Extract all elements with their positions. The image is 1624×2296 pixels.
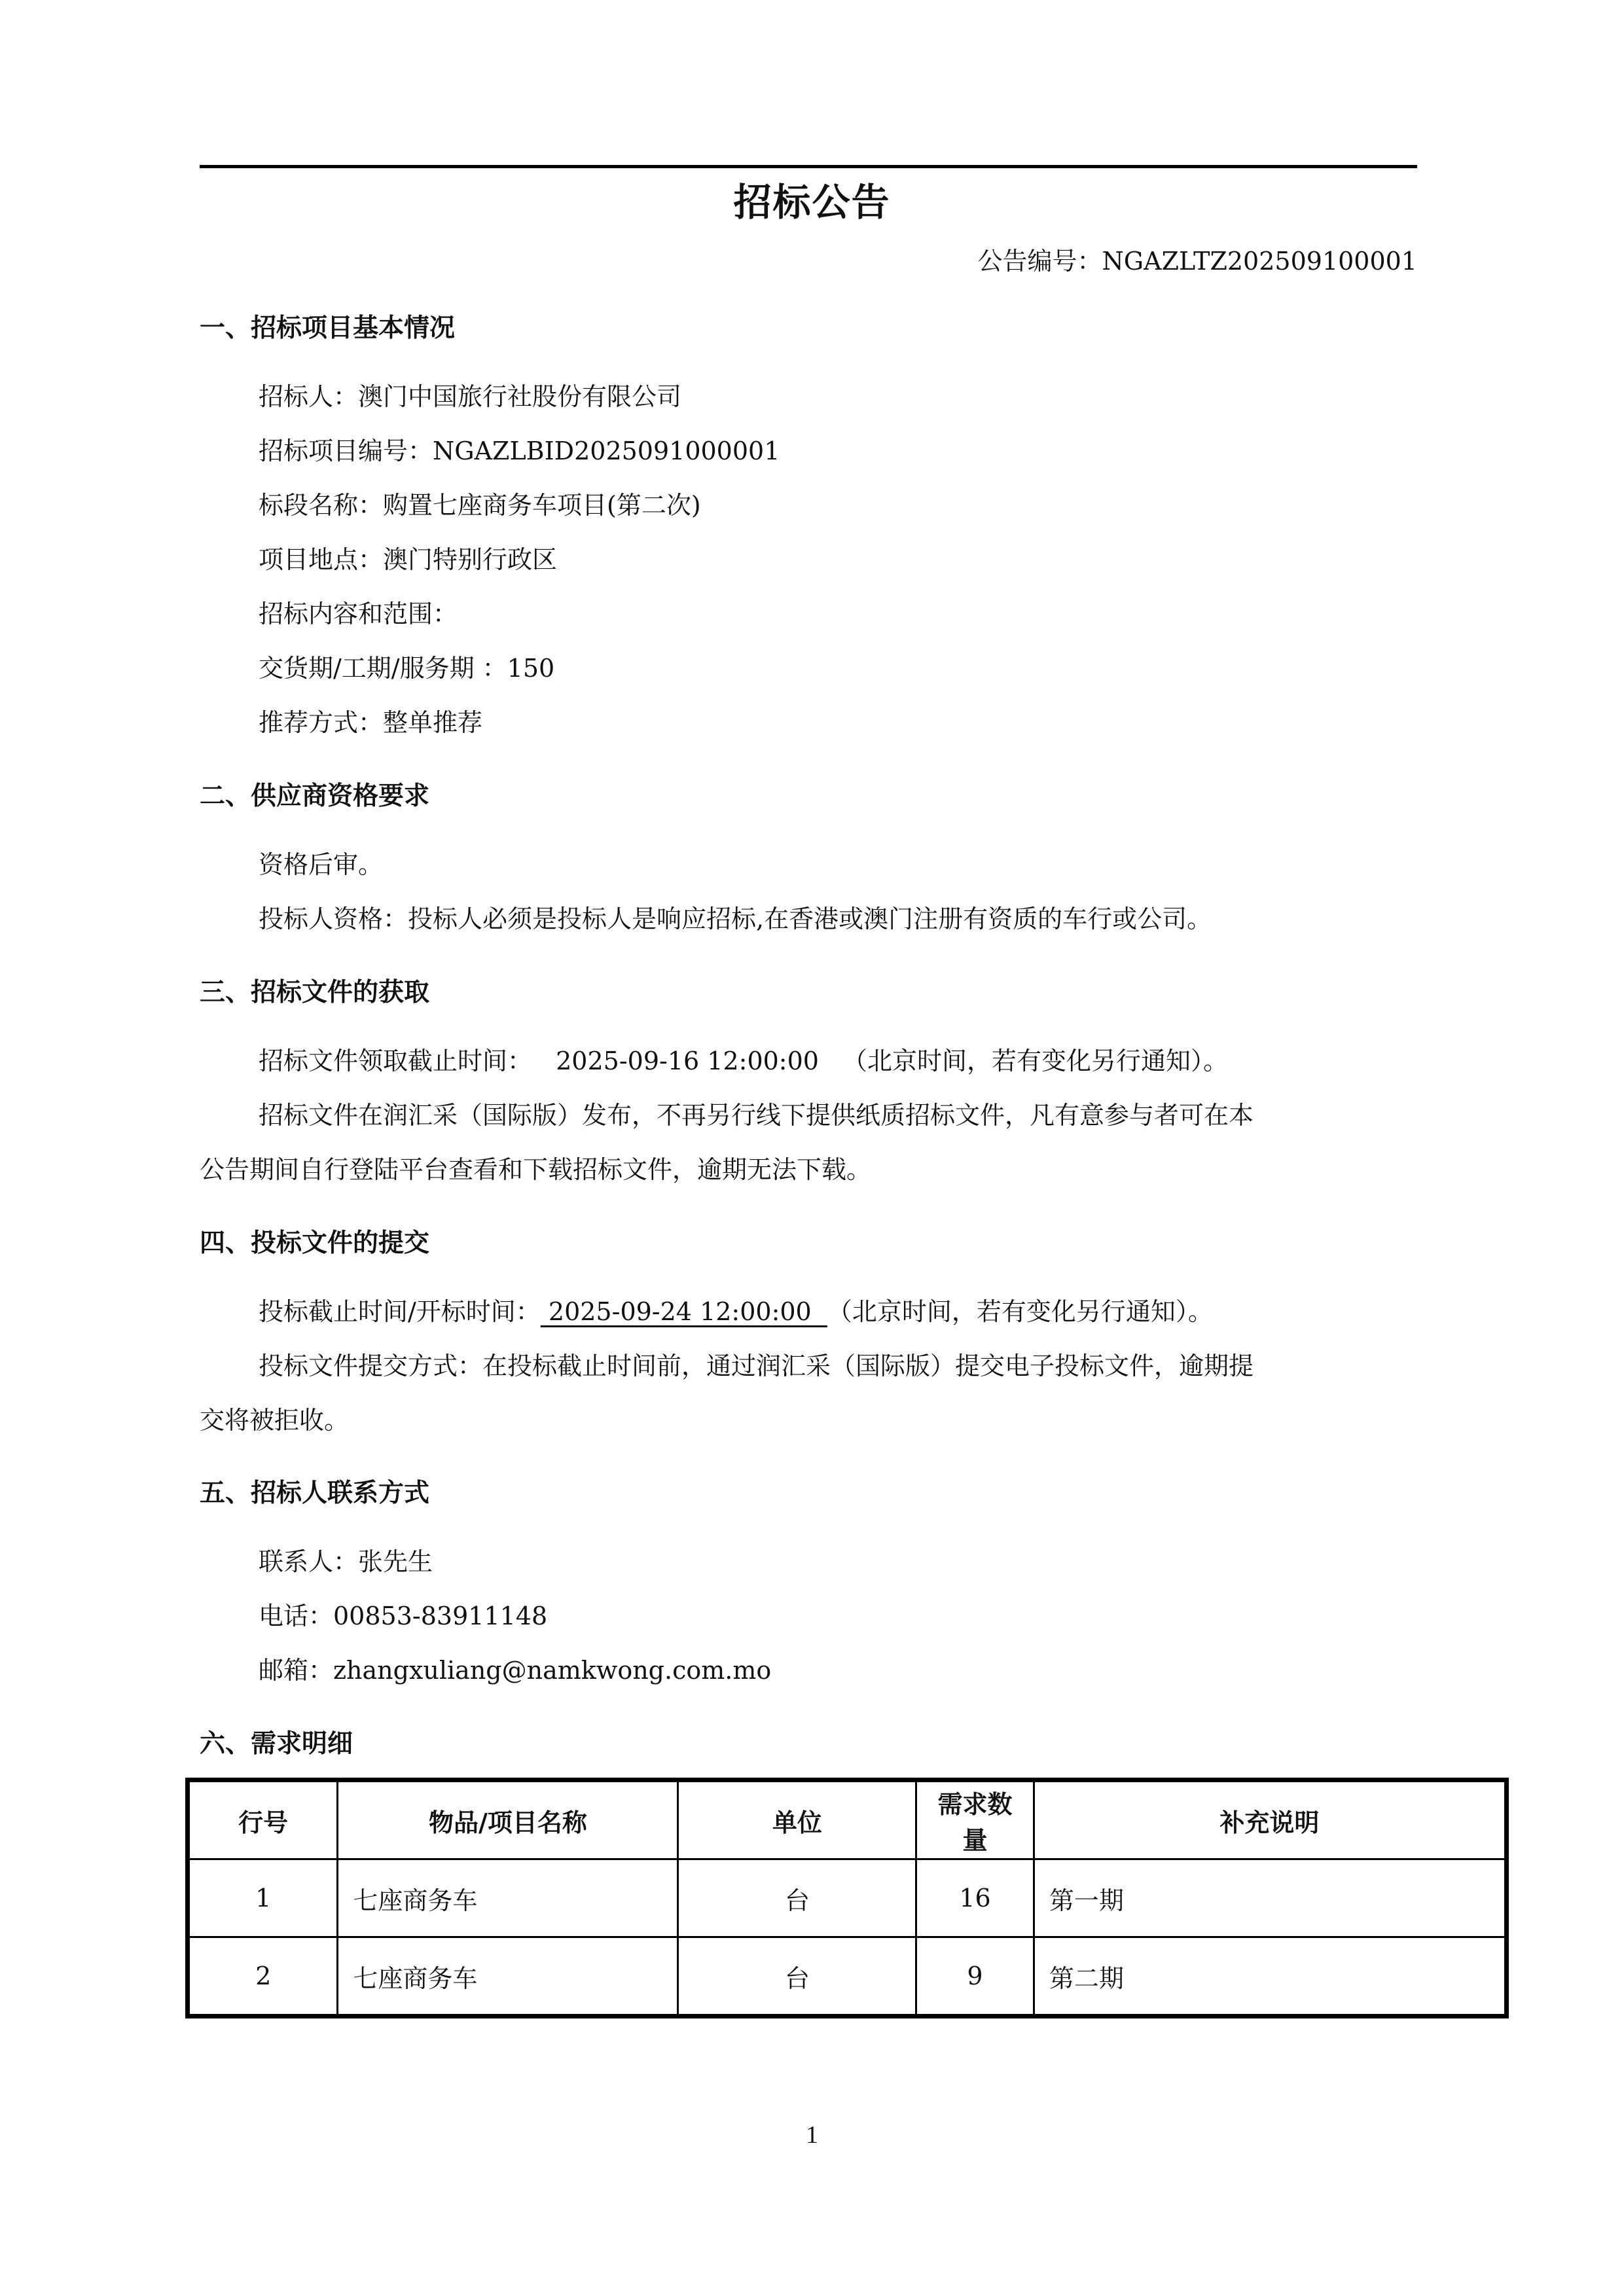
recommend-method-line: 推荐方式：整单推荐 <box>259 702 482 738</box>
bid-deadline-value: 2025-09-24 12:00:00 <box>541 1297 827 1326</box>
page-title: 招标公告 <box>0 171 1624 226</box>
bid-deadline-note: （北京时间，若有变化另行通知）。 <box>827 1297 1213 1326</box>
table-row: 2 七座商务车 台 9 第二期 <box>188 1937 1507 2017</box>
col-header-row-no: 行号 <box>188 1780 338 1859</box>
cell-item-name: 七座商务车 <box>338 1859 678 1937</box>
project-location-line: 项目地点：澳门特别行政区 <box>259 539 557 575</box>
email-line: 邮箱：zhangxuliang@namkwong.com.mo <box>259 1650 771 1686</box>
page-number: 1 <box>0 2121 1624 2149</box>
project-number-line: 招标项目编号：NGAZLBID2025091000001 <box>259 431 780 467</box>
section-4-heading: 四、投标文件的提交 <box>200 1223 429 1259</box>
notice-number: 公告编号：NGAZLTZ202509100001 <box>978 241 1417 277</box>
doc-deadline-note: （北京时间，若有变化另行通知）。 <box>842 1047 1228 1075</box>
bid-submit-para-line2: 交将被拒收。 <box>200 1400 349 1436</box>
col-header-quantity: 需求数量 <box>916 1780 1034 1859</box>
doc-publish-para-line1: 招标文件在润汇采（国际版）发布，不再另行线下提供纸质招标文件，凡有意参与者可在本 <box>259 1095 1254 1131</box>
section-2-heading: 二、供应商资格要求 <box>200 776 429 812</box>
cell-remarks: 第二期 <box>1034 1937 1506 2017</box>
cell-remarks: 第一期 <box>1034 1859 1506 1937</box>
bidder-qualification-line: 投标人资格：投标人必须是投标人是响应招标,在香港或澳门注册有资质的车行或公司。 <box>259 899 1212 935</box>
contact-person-line: 联系人：张先生 <box>259 1541 433 1577</box>
doc-deadline-value: 2025-09-16 12:00:00 <box>556 1047 819 1075</box>
lot-name-line: 标段名称：购置七座商务车项目(第二次) <box>259 485 701 521</box>
col-header-unit: 单位 <box>678 1780 916 1859</box>
cell-unit: 台 <box>678 1859 916 1937</box>
doc-deadline-label: 招标文件领取截止时间： <box>259 1047 532 1075</box>
bid-deadline-line: 投标截止时间/开标时间： 2025-09-24 12:00:00 （北京时间，若… <box>259 1291 1213 1327</box>
section-6-heading: 六、需求明细 <box>200 1723 353 1760</box>
section-1-heading: 一、招标项目基本情况 <box>200 308 455 344</box>
doc-publish-para-line2: 公告期间自行登陆平台查看和下载招标文件，逾期无法下载。 <box>200 1149 871 1185</box>
table-row: 1 七座商务车 台 16 第一期 <box>188 1859 1507 1937</box>
qualification-review-line: 资格后审。 <box>259 844 383 880</box>
cell-quantity: 9 <box>916 1937 1034 2017</box>
col-header-item-name: 物品/项目名称 <box>338 1780 678 1859</box>
cell-unit: 台 <box>678 1937 916 2017</box>
section-5-heading: 五、招标人联系方式 <box>200 1473 429 1509</box>
phone-line: 电话：00853-83911148 <box>259 1596 547 1632</box>
requirements-table: 行号 物品/项目名称 单位 需求数量 补充说明 1 七座商务车 台 16 第一期… <box>185 1778 1509 2018</box>
cell-row-no: 1 <box>188 1859 338 1937</box>
doc-deadline-line: 招标文件领取截止时间： 2025-09-16 12:00:00 （北京时间，若有… <box>259 1041 1228 1077</box>
delivery-period-line: 交货期/工期/服务期 ：150 <box>259 648 554 684</box>
table-header-row: 行号 物品/项目名称 单位 需求数量 补充说明 <box>188 1780 1507 1859</box>
scope-line: 招标内容和范围： <box>259 594 458 630</box>
cell-quantity: 16 <box>916 1859 1034 1937</box>
tenderer-line: 招标人：澳门中国旅行社股份有限公司 <box>259 376 681 412</box>
col-header-remarks: 补充说明 <box>1034 1780 1506 1859</box>
cell-item-name: 七座商务车 <box>338 1937 678 2017</box>
bid-deadline-label: 投标截止时间/开标时间： <box>259 1297 541 1326</box>
bid-submit-para-line1: 投标文件提交方式：在投标截止时间前，通过润汇采（国际版）提交电子投标文件，逾期提 <box>259 1346 1254 1382</box>
top-rule <box>200 165 1417 168</box>
section-3-heading: 三、招标文件的获取 <box>200 972 429 1009</box>
cell-row-no: 2 <box>188 1937 338 2017</box>
